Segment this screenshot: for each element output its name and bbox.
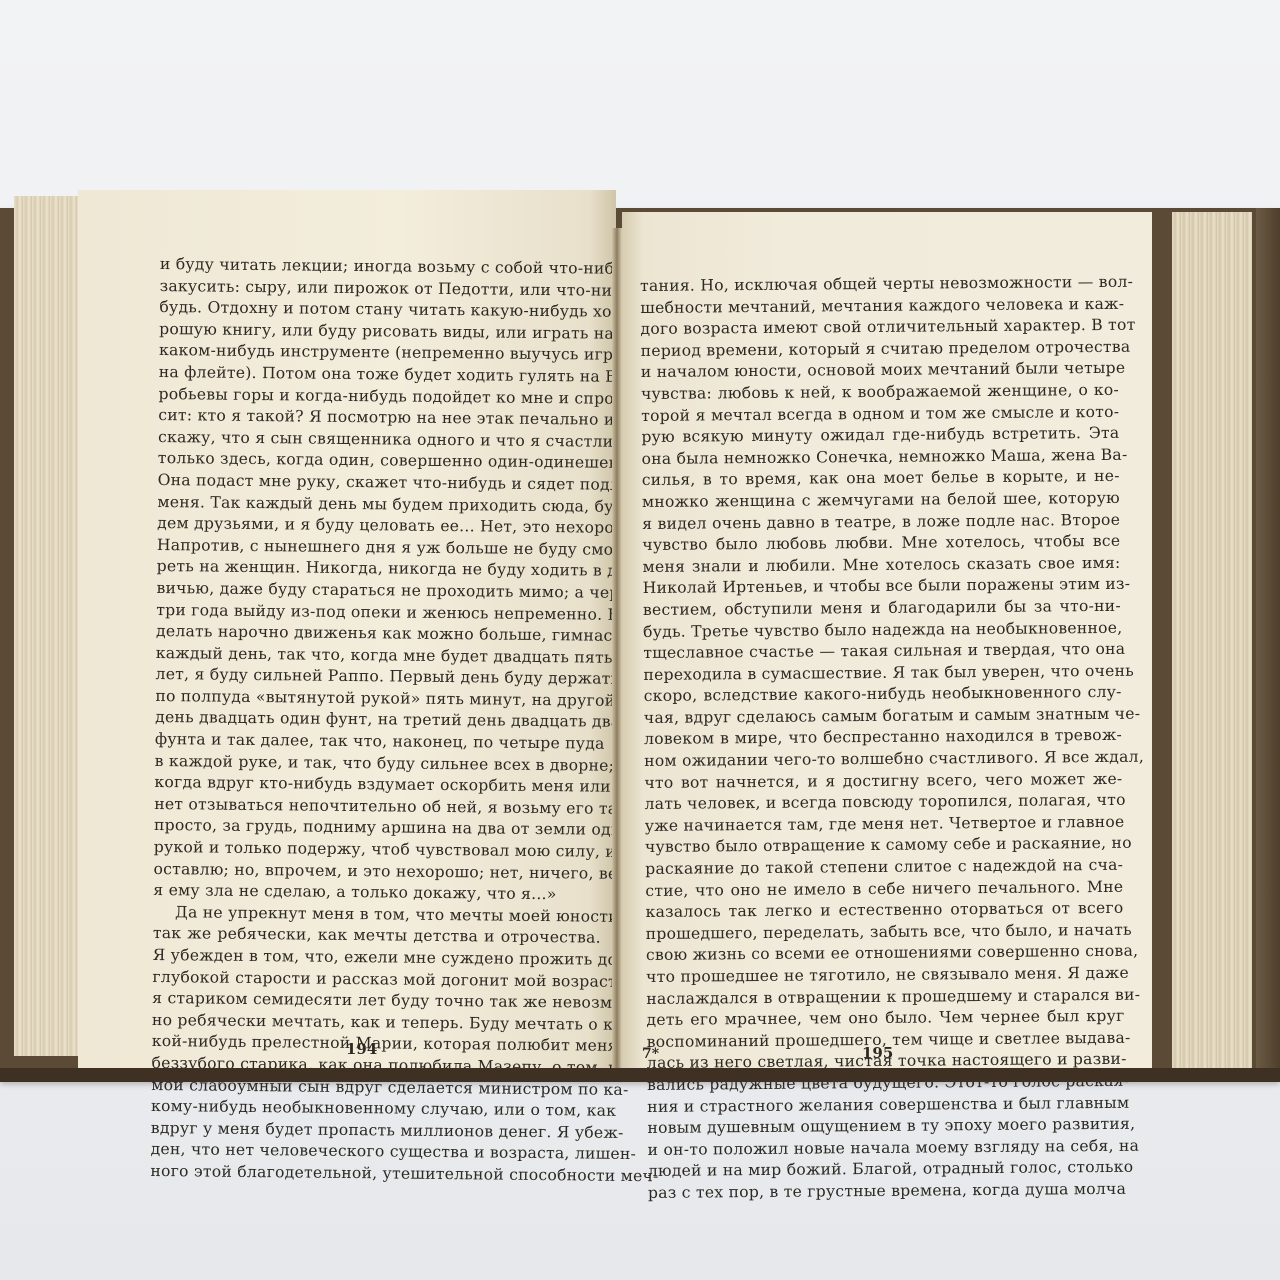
book-gutter bbox=[612, 228, 622, 1068]
book-cover-edge bbox=[1256, 208, 1280, 1080]
text-line: ного этой благодетельной, утешительной с… bbox=[150, 1161, 598, 1187]
right-page-stack bbox=[1172, 212, 1252, 1072]
right-page-text: тания. Но, исключая общей черты невозмож… bbox=[640, 272, 1126, 1205]
right-page-number: 195 bbox=[862, 1044, 893, 1062]
right-page: тания. Но, исключая общей черты невозмож… bbox=[622, 212, 1152, 1070]
signature-mark: 7* bbox=[642, 1046, 659, 1062]
book-cover-bottom bbox=[0, 1068, 1280, 1082]
left-page-text: и буду читать лекции; иногда возьму с со… bbox=[150, 254, 608, 1187]
left-page-stack bbox=[14, 196, 80, 1056]
left-page-number: 194 bbox=[346, 1040, 377, 1058]
text-line: раз с тех пор, в те грустные времена, ко… bbox=[648, 1179, 1126, 1205]
left-page: и буду читать лекции; иногда возьму с со… bbox=[78, 190, 616, 1068]
